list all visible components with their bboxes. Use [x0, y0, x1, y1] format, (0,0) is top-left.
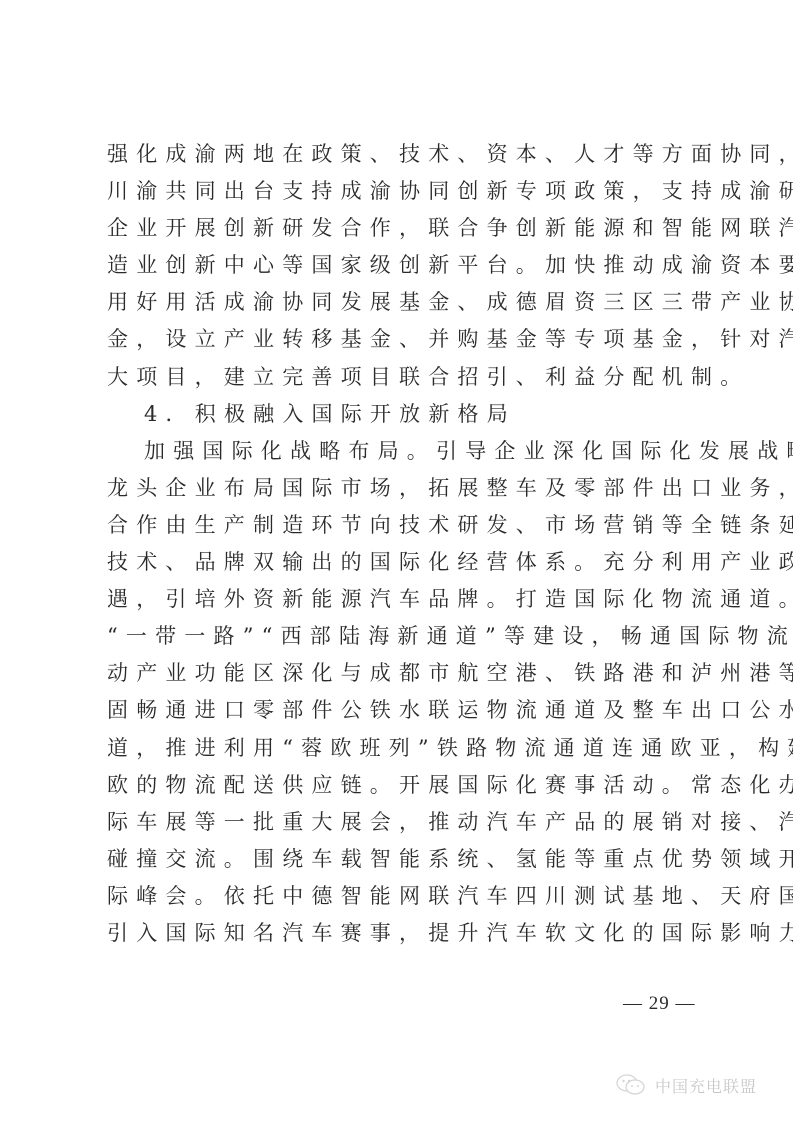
text-line: 际峰会。依托中德智能网联汽车四川测试基地、天府国际赛道等，: [107, 878, 695, 915]
text-line: 际车展等一批重大展会，推动汽车产品的展销对接、汽车文化的: [107, 804, 695, 841]
text-line: 道，推进利用“蓉欧班列”铁路物流通道连通欧亚，构建贯穿亚: [107, 730, 695, 767]
text-line: 技术、品牌双输出的国际化经营体系。充分利用产业政策调整机: [107, 544, 695, 581]
text-line: 引入国际知名汽车赛事，提升汽车软文化的国际影响力。: [107, 915, 695, 952]
watermark: 中国充电联盟: [615, 1073, 757, 1097]
text-line: 用好用活成渝协同发展基金、成德眉资三区三带产业协同发展基: [107, 284, 695, 321]
section-heading: 4．积极融入国际开放新格局: [107, 396, 695, 433]
page-number: — 29 —: [623, 993, 696, 1015]
text-line: 川渝共同出台支持成渝协同创新专项政策，支持成渝研发机构、: [107, 173, 695, 210]
text-line: 龙头企业布局国际市场，拓展整车及零部件出口业务，推动产业: [107, 470, 695, 507]
text-line: 造业创新中心等国家级创新平台。加快推动成渝资本要素流动，: [107, 247, 695, 284]
text-line: 大项目，建立完善项目联合招引、利益分配机制。: [107, 359, 695, 396]
wechat-icon: [615, 1073, 647, 1097]
watermark-text: 中国充电联盟: [655, 1074, 757, 1097]
text-line: “一带一路”“西部陆海新通道”等建设，畅通国际物流通道，推: [107, 618, 695, 655]
text-line: 加强国际化战略布局。引导企业深化国际化发展战略，支持: [107, 433, 695, 470]
text-line: 碰撞交流。围绕车载智能系统、氢能等重点优势领域开展系列国: [107, 841, 695, 878]
text-line: 动产业功能区深化与成都市航空港、铁路港和泸州港等合作，巩: [107, 655, 695, 692]
text-line: 遇，引培外资新能源汽车品牌。打造国际化物流通道。充分融入: [107, 581, 695, 618]
text-line: 合作由生产制造环节向技术研发、市场营销等全链条延伸，形成: [107, 507, 695, 544]
text-line: 欧的物流配送供应链。开展国际化赛事活动。常态化办好成都国: [107, 767, 695, 804]
text-line: 强化成渝两地在政策、技术、资本、人才等方面协同，争取推动: [107, 136, 695, 173]
text-line: 企业开展创新研发合作，联合争创新能源和智能网联汽车领域制: [107, 210, 695, 247]
document-page: 强化成渝两地在政策、技术、资本、人才等方面协同，争取推动 川渝共同出台支持成渝协…: [107, 136, 695, 952]
text-line: 金，设立产业转移基金、并购基金等专项基金，针对汽车产业重: [107, 321, 695, 358]
text-line: 固畅通进口零部件公铁水联运物流通道及整车出口公水联运通: [107, 692, 695, 729]
